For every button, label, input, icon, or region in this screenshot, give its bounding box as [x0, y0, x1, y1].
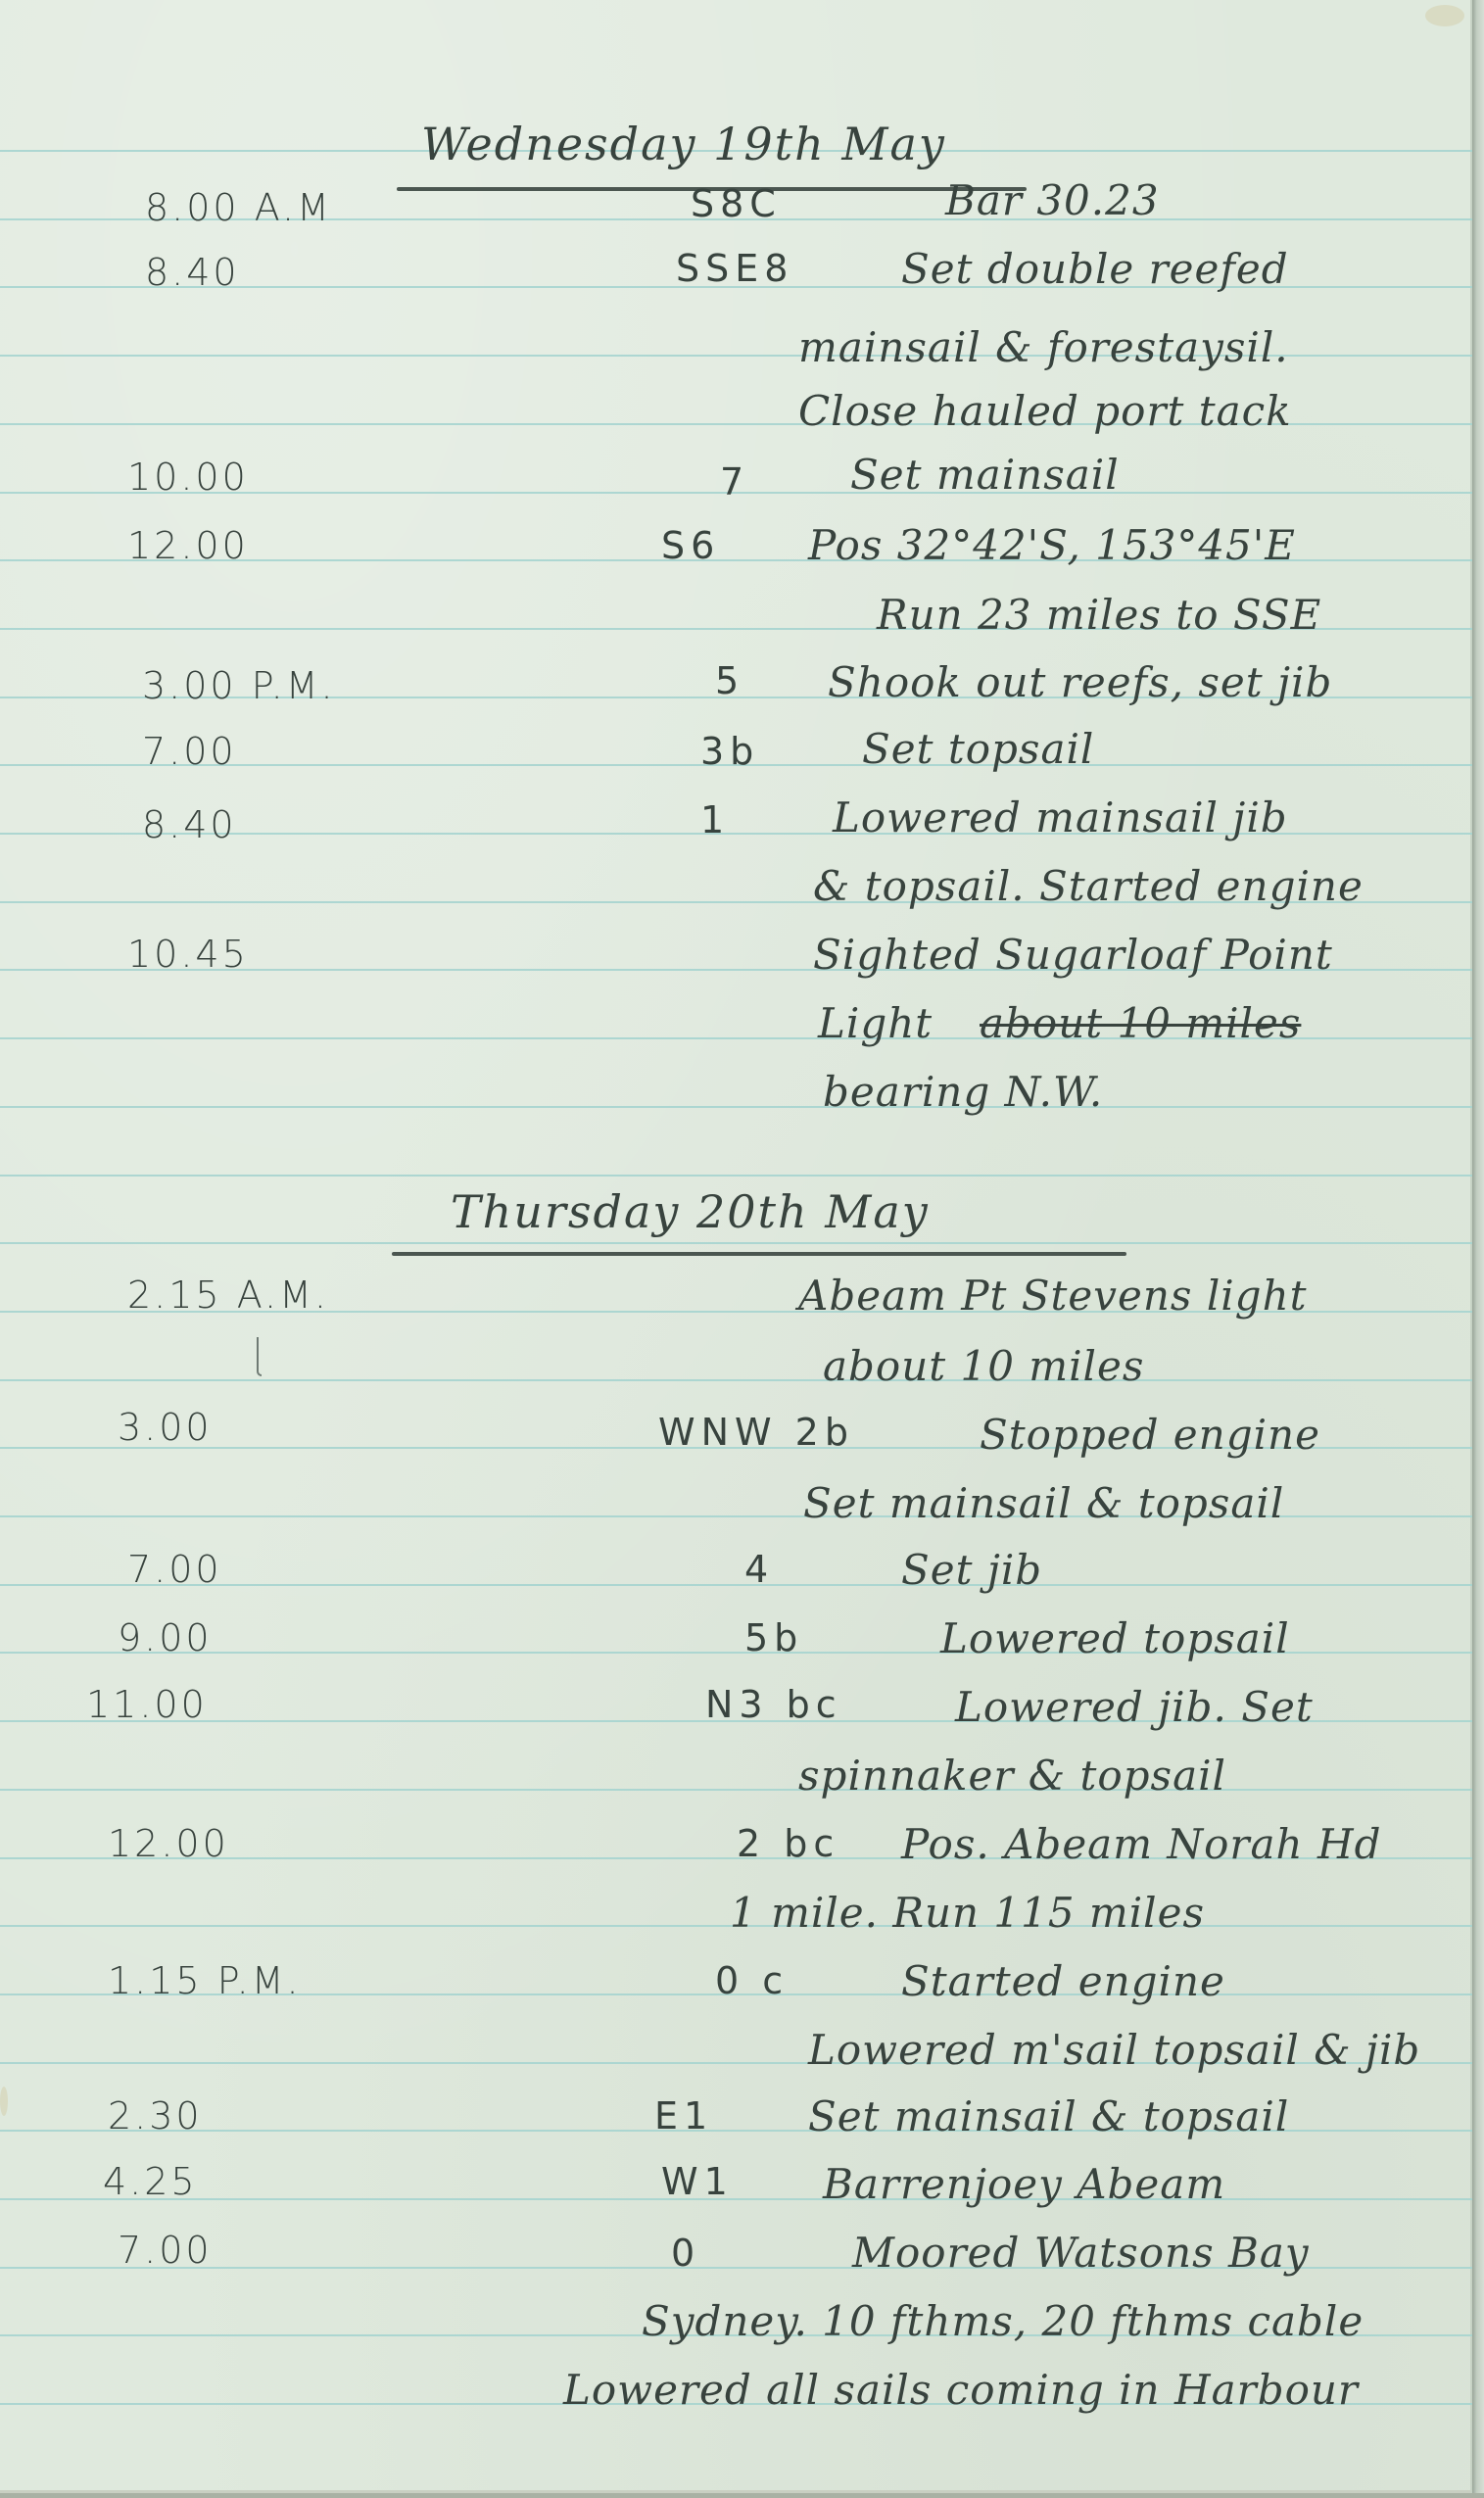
pencil-mark: [257, 1337, 262, 1376]
entry-remark: Lowered mainsail jib: [833, 793, 1288, 841]
entry-time: 12.00: [127, 524, 249, 567]
entry-remark: Set mainsail: [850, 451, 1120, 499]
entry-time: 2.15 A.M.: [127, 1273, 329, 1317]
entry-wind: 4: [744, 1548, 774, 1591]
entry-wind: E1: [654, 2094, 713, 2138]
entry-wind: SSE8: [676, 247, 793, 290]
entry-time: 1.15 P.M.: [108, 1959, 302, 2002]
entry-time: 7.00: [118, 2229, 213, 2272]
ruled-line: [0, 1175, 1472, 1177]
entry-wind: 7: [720, 460, 749, 504]
entry-time: 8.00 A.M: [145, 186, 332, 229]
entry-time: 7.00: [142, 730, 237, 773]
entry-time: 8.40: [145, 251, 240, 294]
entry-wind: S8C: [691, 182, 782, 225]
day-heading-wednesday: Wednesday 19th May: [421, 118, 946, 170]
ruled-line: [0, 2198, 1472, 2200]
entry-remark: Pos. Abeam Norah Hd: [901, 1820, 1381, 1868]
entry-time: 2.30: [108, 2094, 203, 2138]
entry-time: 12.00: [108, 1822, 229, 1865]
ruled-line: [0, 1789, 1472, 1791]
struck-through-text: about 10 miles: [980, 999, 1301, 1047]
entry-remark: Started engine: [901, 1957, 1225, 2005]
entry-remark: Lowered topsail: [940, 1614, 1290, 1662]
entry-remark: 1 mile. Run 115 miles: [730, 1889, 1205, 1937]
entry-remark: Set jib: [901, 1546, 1042, 1594]
entry-remark: Lowered all sails coming in Harbour: [563, 2366, 1359, 2414]
paper-stain: [0, 2087, 8, 2116]
ruled-line: [0, 1379, 1472, 1381]
entry-wind: 3b: [700, 730, 759, 773]
entry-remark: mainsail & forestaysil.: [798, 323, 1289, 371]
entry-time: 9.00: [118, 1616, 213, 1659]
heading-underline: [392, 1252, 1126, 1256]
log-page: Wednesday 19th May 8.00 A.M S8C Bar 30.2…: [0, 0, 1472, 2493]
entry-time: 11.00: [86, 1683, 208, 1726]
entry-remark: bearing N.W.: [823, 1068, 1103, 1116]
paper-stain: [1425, 5, 1464, 26]
entry-wind: 5: [715, 659, 744, 702]
entry-time: 10.45: [127, 933, 249, 976]
entry-wind: 1: [700, 798, 730, 841]
entry-wind: 0: [671, 2232, 700, 2275]
entry-remark: about 10 miles: [823, 1342, 1144, 1390]
ruled-line: [0, 1242, 1472, 1244]
entry-remark: Light: [818, 999, 933, 1047]
entry-time: 4.25: [103, 2160, 198, 2203]
entry-wind: 0 c: [715, 1959, 789, 2002]
entry-time: 3.00: [118, 1406, 213, 1449]
entry-wind: 5b: [744, 1616, 803, 1659]
page-edge: [1472, 0, 1484, 2498]
entry-wind: W1: [661, 2160, 734, 2203]
entry-remark: Shook out reefs, set jib: [828, 658, 1332, 706]
entry-remark: Pos 32°42'S, 153°45'E: [808, 521, 1296, 569]
entry-remark: Lowered m'sail topsail & jib: [808, 2026, 1420, 2074]
entry-remark: Sighted Sugarloaf Point: [813, 931, 1333, 979]
entry-wind: N3 bc: [705, 1683, 842, 1726]
entry-remark: Moored Watsons Bay: [852, 2229, 1310, 2277]
entry-remark: Set double reefed: [901, 245, 1289, 293]
entry-time: 10.00: [127, 456, 249, 499]
entry-remark: Stopped engine: [980, 1411, 1320, 1459]
entry-remark: spinnaker & topsail: [798, 1752, 1226, 1800]
entry-remark: Bar 30.23: [945, 176, 1160, 224]
entry-wind: WNW 2b: [658, 1411, 854, 1454]
ruled-line: [0, 1106, 1472, 1108]
entry-remark: Run 23 miles to SSE: [877, 591, 1321, 639]
entry-remark: Sydney. 10 fthms, 20 fthms cable: [642, 2297, 1364, 2345]
entry-wind: S6: [661, 524, 720, 567]
entry-wind: 2 bc: [737, 1822, 839, 1865]
entry-time: 8.40: [142, 803, 237, 846]
entry-remark: Set topsail: [862, 725, 1094, 773]
entry-remark: Close hauled port tack: [798, 387, 1292, 435]
entry-time: 7.00: [127, 1548, 222, 1591]
page-bottom-edge: [0, 2493, 1484, 2498]
entry-remark: Set mainsail & topsail: [803, 1479, 1284, 1527]
entry-time: 3.00 P.M.: [142, 664, 336, 707]
entry-remark: Set mainsail & topsail: [808, 2092, 1289, 2140]
day-heading-thursday: Thursday 20th May: [451, 1185, 930, 1238]
entry-remark: & topsail. Started engine: [813, 862, 1364, 910]
entry-remark: Lowered jib. Set: [955, 1683, 1314, 1731]
entry-remark: Abeam Pt Stevens light: [798, 1272, 1308, 1320]
entry-remark: Barrenjoey Abeam: [823, 2160, 1225, 2208]
